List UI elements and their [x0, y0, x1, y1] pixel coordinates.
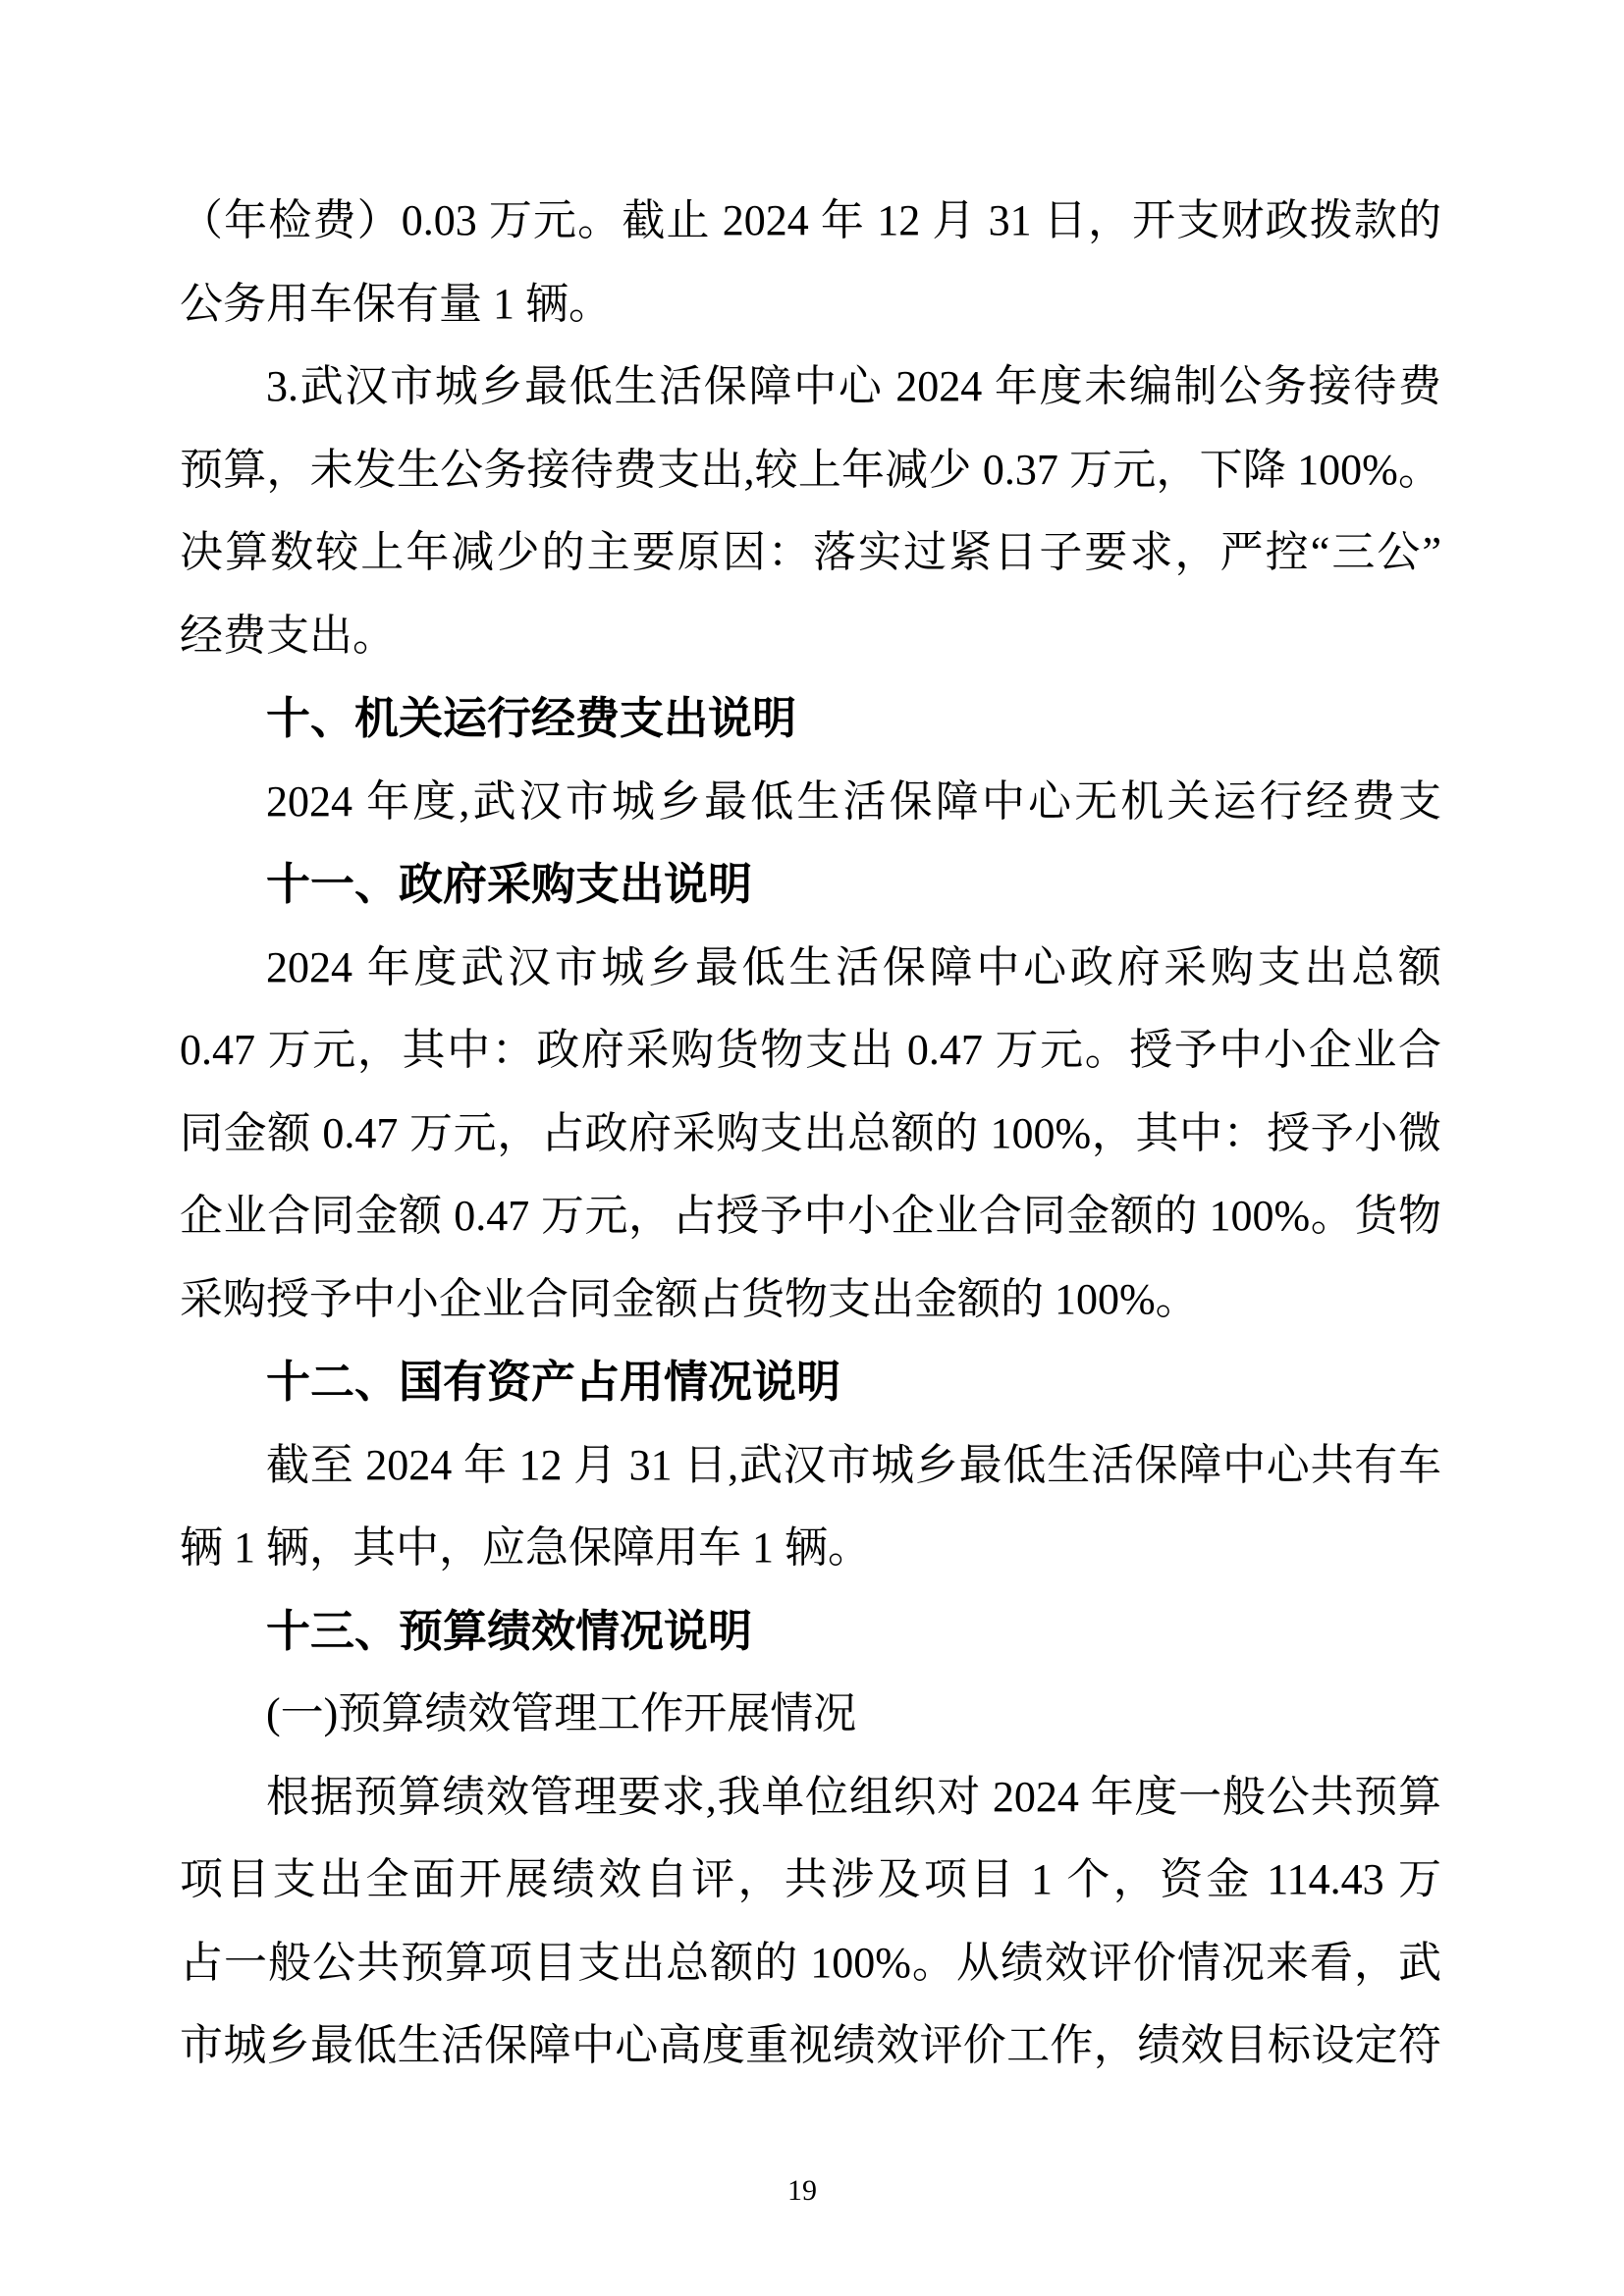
body-line: 0.47 万元，其中：政府采购货物支出 0.47 万元。授予中小企业合: [180, 1009, 1441, 1093]
body-line: 2024 年度武汉市城乡最低生活保障中心政府采购支出总额: [180, 927, 1441, 1010]
body-line: 决算数较上年减少的主要原因：落实过紧日子要求，严控“三公”: [180, 511, 1441, 595]
subsection-heading-1: (一)预算绩效管理工作开展情况: [180, 1673, 1441, 1756]
body-line: 经费支出。: [180, 595, 1441, 678]
page-number: 19: [0, 2171, 1604, 2211]
body-line: 2024 年度,武汉市城乡最低生活保障中心无机关运行经费支出。: [180, 761, 1441, 844]
body-line: 企业合同金额 0.47 万元，占授予中小企业合同金额的 100%。货物: [180, 1175, 1441, 1258]
body-line: 3.武汉市城乡最低生活保障中心 2024 年度未编制公务接待费: [180, 346, 1441, 429]
body-line: 采购授予中小企业合同金额占货物支出金额的 100%。: [180, 1258, 1441, 1342]
body-line: 根据预算绩效管理要求,我单位组织对 2024 年度一般公共预算: [180, 1756, 1441, 1840]
body-line: 项目支出全面开展绩效自评，共涉及项目 1 个，资金 114.43 万元，: [180, 1839, 1441, 1922]
body-line: （年检费）0.03 万元。截止 2024 年 12 月 31 日，开支财政拨款的: [180, 180, 1441, 263]
section-heading-10: 十、机关运行经费支出说明: [180, 677, 1441, 761]
section-heading-12: 十二、国有资产占用情况说明: [180, 1341, 1441, 1424]
body-line: 公务用车保有量 1 辆。: [180, 263, 1441, 347]
section-heading-13: 十三、预算绩效情况说明: [180, 1590, 1441, 1674]
page-content: （年检费）0.03 万元。截止 2024 年 12 月 31 日，开支财政拨款的…: [180, 180, 1441, 2088]
body-line: 预算，未发生公务接待费支出,较上年减少 0.37 万元，下降 100%。: [180, 429, 1441, 512]
body-line: 同金额 0.47 万元，占政府采购支出总额的 100%，其中：授予小微: [180, 1093, 1441, 1176]
body-line: 占一般公共预算项目支出总额的 100%。从绩效评价情况来看，武汉: [180, 1922, 1441, 2005]
body-line: 市城乡最低生活保障中心高度重视绩效评价工作，绩效目标设定符: [180, 2004, 1441, 2088]
body-line: 截至 2024 年 12 月 31 日,武汉市城乡最低生活保障中心共有车: [180, 1424, 1441, 1508]
body-line: 辆 1 辆，其中，应急保障用车 1 辆。: [180, 1507, 1441, 1590]
document-page: （年检费）0.03 万元。截止 2024 年 12 月 31 日，开支财政拨款的…: [0, 0, 1624, 2296]
section-heading-11: 十一、政府采购支出说明: [180, 843, 1441, 927]
